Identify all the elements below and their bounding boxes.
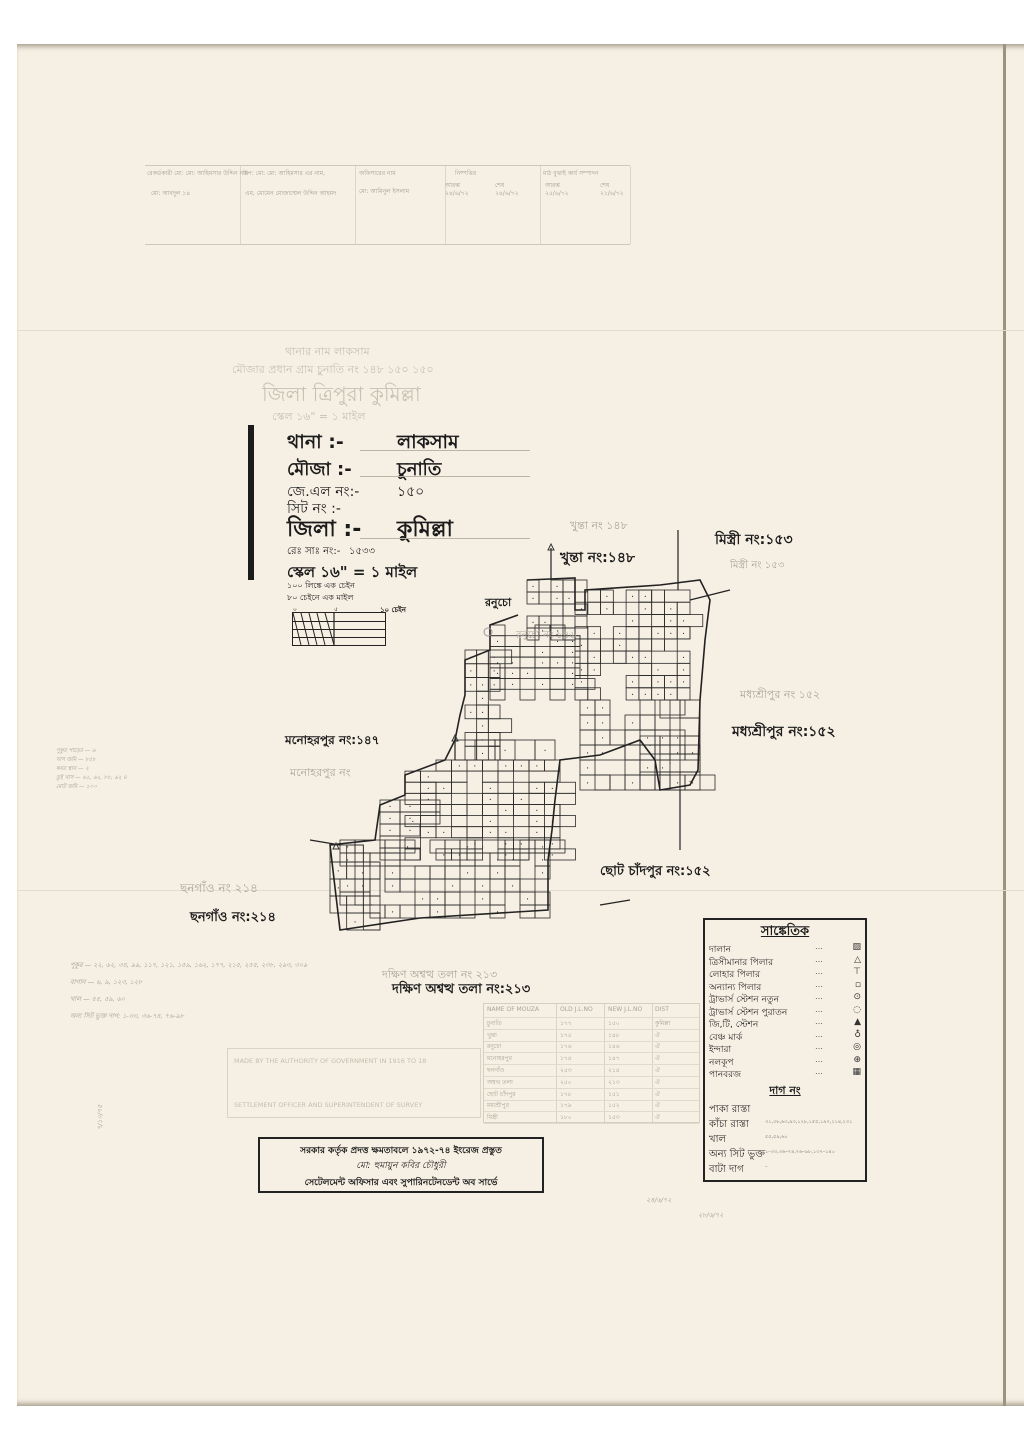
place-madhyasripur: মধ্যশ্রীপুর নং:১৫২: [732, 720, 836, 744]
date-note: ২৪/৬/৭২: [646, 1195, 672, 1206]
margin-note: পুকুর — ২২, ৬২, ৩৪, ৯৯, ১১৭, ১২১, ১৫৯, ১…: [70, 960, 307, 971]
svg-text:•: •: [436, 910, 438, 915]
svg-text:•: •: [466, 845, 468, 850]
mouza-table-cell: ১৫৩: [608, 1112, 620, 1123]
svg-text:•: •: [526, 897, 528, 902]
svg-text:•: •: [593, 655, 595, 660]
svg-text:•: •: [496, 858, 498, 863]
svg-text:•: •: [536, 786, 538, 791]
svg-text:•: •: [427, 797, 429, 802]
svg-text:•: •: [556, 584, 558, 589]
mouza-table-cell: ঐ: [655, 1112, 660, 1123]
place-khunta-ghost: খুন্তা নং ১৪৮: [570, 517, 628, 536]
svg-text:•: •: [682, 655, 684, 660]
date-note: ২৮/৬/৭২: [698, 1210, 724, 1221]
svg-text:•: •: [505, 808, 507, 813]
svg-text:•: •: [631, 594, 633, 599]
svg-text:•: •: [409, 804, 411, 809]
svg-text:•: •: [451, 884, 453, 889]
place-madhyasripur-ghost: মধ্যশ্রীপুর নং ১৫২: [740, 686, 820, 705]
svg-text:•: •: [511, 858, 513, 863]
svg-text:•: •: [511, 682, 513, 687]
cert-signature: মো: হুমায়ুন কবির চৌধুরী: [260, 1158, 542, 1173]
legend-leader: …: [815, 980, 823, 989]
svg-text:•: •: [443, 830, 445, 835]
place-chhoto-chandpur: ছোট চাঁদপুর নং:১৫২: [600, 862, 711, 883]
svg-text:•: •: [571, 682, 573, 687]
svg-text:•: •: [505, 830, 507, 835]
svg-text:•: •: [593, 667, 595, 672]
svg-text:•: •: [470, 669, 472, 674]
svg-text:•: •: [568, 596, 570, 601]
old-cert-line2: SETTLEMENT OFFICER AND SUPERINTENDENT OF…: [234, 1101, 474, 1109]
svg-text:•: •: [670, 619, 672, 624]
svg-text:•: •: [631, 655, 633, 660]
svg-text:•: •: [536, 764, 538, 769]
svg-text:•: •: [586, 766, 588, 771]
svg-text:•: •: [337, 869, 339, 874]
place-khunta: খুন্তা নং:১৪৮: [560, 546, 635, 570]
legend-symbol-icon: ◎: [853, 1042, 861, 1052]
svg-text:•: •: [536, 819, 538, 824]
svg-text:•: •: [661, 766, 663, 771]
svg-text:•: •: [389, 816, 391, 821]
svg-text:•: •: [511, 671, 513, 676]
svg-text:•: •: [520, 841, 522, 846]
legend-title: সাঙ্কেতিক: [705, 922, 865, 943]
svg-text:•: •: [493, 669, 495, 674]
mouza-table-row: মিস্ত্রী১৮০১৫৩ঐ: [484, 1110, 699, 1124]
svg-text:•: •: [481, 682, 483, 687]
svg-text:•: •: [657, 680, 659, 685]
place-ranucho-ghost: রনুচো নং ১৪৬: [516, 628, 576, 645]
svg-text:•: •: [556, 661, 558, 666]
side-vertical-note: ৭/১০/৭৫: [95, 1105, 106, 1131]
legend-symbol-icon: ▨: [852, 942, 861, 952]
svg-text:•: •: [354, 903, 356, 908]
svg-text:•: •: [586, 706, 588, 711]
svg-text:•: •: [421, 897, 423, 902]
svg-text:•: •: [691, 751, 693, 756]
legend-symbol-icon: ▫: [855, 980, 861, 990]
old-cert-line1: MADE BY THE AUTHORITY OF GOVERNMENT IN 1…: [234, 1057, 474, 1065]
svg-text:•: •: [676, 751, 678, 756]
svg-text:•: •: [606, 594, 608, 599]
old-certification: MADE BY THE AUTHORITY OF GOVERNMENT IN 1…: [227, 1048, 481, 1118]
legend-leader: …: [815, 967, 823, 976]
margin-note: খাস জমি — ৮৫৮: [56, 757, 96, 765]
svg-text:•: •: [511, 884, 513, 889]
svg-text:•: •: [427, 830, 429, 835]
svg-text:•: •: [586, 751, 588, 756]
svg-text:•: •: [496, 671, 498, 676]
svg-text:•: •: [481, 884, 483, 889]
place-chhongaon-ghost: ছনগাঁও নং ২১৪: [180, 880, 258, 900]
svg-text:•: •: [427, 786, 429, 791]
svg-text:•: •: [682, 667, 684, 672]
svg-text:•: •: [586, 781, 588, 786]
svg-text:•: •: [601, 721, 603, 726]
svg-text:•: •: [443, 786, 445, 791]
cadastral-map: ••••••••••••••••••••••••••••••••••••••••…: [0, 0, 1024, 1449]
place-ashwattha-ghost: দক্ষিণ অশ্বত্থ তলা নং ২১৩: [382, 966, 497, 985]
svg-text:•: •: [481, 858, 483, 863]
svg-text:•: •: [496, 639, 498, 644]
legend-symbol-icon: △: [854, 955, 861, 965]
margin-note: খাল — ৫৫, ৫৯, ৬০: [70, 994, 125, 1005]
mouza-table-cell: ১৮০: [560, 1112, 572, 1123]
svg-text:•: •: [619, 631, 621, 636]
svg-text:•: •: [670, 680, 672, 685]
svg-text:•: •: [571, 650, 573, 655]
mouza-table-cell: NAME OF MOUZA: [487, 1006, 539, 1013]
svg-text:•: •: [532, 620, 534, 625]
svg-text:•: •: [571, 661, 573, 666]
svg-text:•: •: [670, 631, 672, 636]
svg-text:•: •: [354, 920, 356, 925]
svg-text:•: •: [489, 797, 491, 802]
svg-text:•: •: [606, 606, 608, 611]
place-manoharpur: মনোহরপুর নং:১৪৭: [285, 732, 379, 752]
place-mistri: মিস্ত্রী নং:১৫৩: [715, 528, 793, 552]
margin-note: অন্য সিট ভুক্ত দাগ: ১-৩৩, ৩৬-৭৪, ৭৬-৯৮: [70, 1011, 184, 1022]
plot-category: বাটা দাগ: [709, 1162, 744, 1179]
svg-text:•: •: [489, 830, 491, 835]
svg-text:•: •: [670, 606, 672, 611]
svg-text:•: •: [409, 828, 411, 833]
svg-text:•: •: [541, 871, 543, 876]
legend-leader: …: [815, 1017, 823, 1026]
place-manoharpur-ghost: মনোহরপুর নং: [290, 764, 350, 783]
svg-text:•: •: [544, 620, 546, 625]
svg-text:•: •: [496, 871, 498, 876]
svg-text:•: •: [593, 631, 595, 636]
svg-text:•: •: [551, 841, 553, 846]
svg-text:•: •: [470, 710, 472, 715]
svg-text:•: •: [580, 680, 582, 685]
svg-text:•: •: [504, 748, 506, 753]
place-ranucho: রনুচো: [485, 594, 511, 613]
place-chhongaon: ছনগাঁও নং:২১৪: [190, 908, 276, 929]
svg-text:•: •: [586, 721, 588, 726]
svg-text:•: •: [389, 804, 391, 809]
legend-symbol-icon: ▦: [852, 1067, 861, 1077]
legend-symbol-icon: ⊕: [853, 1055, 861, 1065]
legend-symbol-icon: ⊙: [853, 992, 861, 1002]
svg-text:•: •: [481, 696, 483, 701]
svg-text:•: •: [541, 661, 543, 666]
svg-text:•: •: [489, 819, 491, 824]
svg-text:•: •: [493, 682, 495, 687]
svg-text:•: •: [458, 764, 460, 769]
svg-text:•: •: [470, 682, 472, 687]
mouza-table-cell: মিস্ত্রী: [487, 1112, 498, 1123]
svg-text:•: •: [556, 596, 558, 601]
legend-symbol-icon: ⊤: [853, 967, 861, 977]
svg-text:•: •: [676, 781, 678, 786]
margin-note: ডুই খাস — ৬১, ৬২, ৮৮, ৯২ ৪: [56, 775, 127, 783]
margin-note: মোট জমি — ১০০: [56, 784, 97, 792]
svg-text:•: •: [466, 871, 468, 876]
legend-item: পানবরজ: [709, 1067, 741, 1082]
svg-text:•: •: [657, 692, 659, 697]
svg-text:•: •: [669, 761, 671, 766]
svg-text:•: •: [657, 667, 659, 672]
svg-text:•: •: [526, 671, 528, 676]
svg-text:•: •: [631, 619, 633, 624]
legend-box: সাঙ্কেতিক দালান…▨ত্রিসীমানার পিলার…△লোহা…: [703, 918, 867, 1182]
legend-leader: …: [815, 942, 823, 951]
svg-text:•: •: [536, 808, 538, 813]
svg-text:•: •: [496, 661, 498, 666]
svg-text:•: •: [580, 667, 582, 672]
svg-text:•: •: [580, 643, 582, 648]
legend-leader: …: [815, 1030, 823, 1039]
legend-leader: …: [815, 992, 823, 1001]
svg-text:•: •: [631, 692, 633, 697]
margin-note: পুকুর পাড়ের — ৬: [56, 748, 95, 756]
mouza-table-cell: DIST: [655, 1006, 669, 1013]
svg-text:•: •: [644, 594, 646, 599]
svg-text:•: •: [619, 643, 621, 648]
svg-text:•: •: [541, 845, 543, 850]
svg-text:•: •: [474, 764, 476, 769]
mouza-jl-table: NAME OF MOUZAOLD J.L.NONEW J.L.NODISTচুন…: [483, 1003, 700, 1123]
legend-leader: …: [815, 1055, 823, 1064]
svg-text:•: •: [551, 786, 553, 791]
svg-text:•: •: [427, 775, 429, 780]
svg-text:•: •: [646, 766, 648, 771]
svg-text:•: •: [682, 619, 684, 624]
svg-text:•: •: [481, 845, 483, 850]
margin-note: বাগান — ৬, ৯, ১২৩, ১২৮: [70, 977, 142, 988]
svg-text:•: •: [532, 584, 534, 589]
svg-text:•: •: [391, 871, 393, 876]
legend-symbol-icon: ◌: [853, 1005, 861, 1015]
svg-text:•: •: [391, 910, 393, 915]
svg-text:•: •: [649, 743, 651, 748]
svg-text:•: •: [644, 655, 646, 660]
margin-note: কবর স্থান — ২: [56, 766, 89, 774]
svg-text:•: •: [669, 743, 671, 748]
svg-text:•: •: [481, 710, 483, 715]
svg-text:•: •: [409, 816, 411, 821]
svg-text:•: •: [682, 680, 684, 685]
plot-numbers: ১–৩৩,৩৬–৭৪,৭৬–৯৮,১৩৭–১৪০: [765, 1149, 863, 1157]
svg-text:•: •: [631, 781, 633, 786]
svg-text:•: •: [406, 845, 408, 850]
legend-leader: …: [815, 955, 823, 964]
svg-text:•: •: [532, 596, 534, 601]
svg-text:•: •: [391, 884, 393, 889]
svg-text:•: •: [601, 706, 603, 711]
cert-line2: সেটেলমেন্ট অফিসার এবং সুপারিনটেনডেন্ট অব…: [260, 1175, 542, 1190]
svg-text:•: •: [644, 606, 646, 611]
svg-text:•: •: [657, 631, 659, 636]
certification-stamp: সরকার কর্তৃক প্রদত্ত ক্ষমতাবলে ১৯৭২-৭৪ ই…: [258, 1137, 544, 1193]
svg-text:•: •: [571, 671, 573, 676]
svg-text:•: •: [370, 903, 372, 908]
svg-text:•: •: [541, 650, 543, 655]
svg-text:•: •: [541, 682, 543, 687]
mouza-table-cell: OLD J.L.NO: [560, 1006, 593, 1013]
svg-text:•: •: [493, 655, 495, 660]
svg-text:•: •: [481, 897, 483, 902]
svg-text:•: •: [489, 786, 491, 791]
mouza-table-cell: NEW J.L.NO: [608, 1006, 642, 1013]
svg-text:•: •: [601, 736, 603, 741]
svg-text:•: •: [544, 748, 546, 753]
svg-text:•: •: [505, 764, 507, 769]
svg-text:•: •: [389, 828, 391, 833]
plot-numbers: ৫৫,৫৯,৬০: [765, 1134, 863, 1142]
svg-text:•: •: [481, 751, 483, 756]
legend-symbol-icon: ♁: [854, 1030, 861, 1040]
cert-line1: সরকার কর্তৃক প্রদত্ত ক্ষমতাবলে ১৯৭২-৭৪ ই…: [260, 1143, 542, 1158]
svg-text:•: •: [520, 797, 522, 802]
svg-text:•: •: [644, 692, 646, 697]
plot-numbers: ৩১,৩৮,৬৩,৯৩,১২৮,১৫৫,১৯৭,২১৪,২৩১: [765, 1119, 863, 1127]
plot-numbers: –: [765, 1164, 863, 1170]
svg-text:•: •: [412, 819, 414, 824]
svg-text:•: •: [536, 830, 538, 835]
svg-text:•: •: [481, 724, 483, 729]
svg-text:•: •: [631, 680, 633, 685]
svg-text:•: •: [541, 858, 543, 863]
svg-text:•: •: [337, 886, 339, 891]
svg-text:•: •: [669, 779, 671, 784]
legend-plots-title: দাগ নং: [705, 1082, 865, 1101]
svg-text:•: •: [466, 858, 468, 863]
svg-text:•: •: [682, 631, 684, 636]
legend-leader: …: [815, 1005, 823, 1014]
svg-text:•: •: [520, 764, 522, 769]
svg-text:•: •: [436, 897, 438, 902]
legend-leader: …: [815, 1042, 823, 1051]
legend-leader: …: [815, 1067, 823, 1076]
legend-symbol-icon: ▲: [854, 1017, 861, 1027]
svg-text:•: •: [346, 884, 348, 889]
svg-text:•: •: [631, 721, 633, 726]
svg-text:•: •: [670, 692, 672, 697]
place-mistri-ghost: মিস্ত্রী নং ১৫৩: [730, 558, 784, 575]
